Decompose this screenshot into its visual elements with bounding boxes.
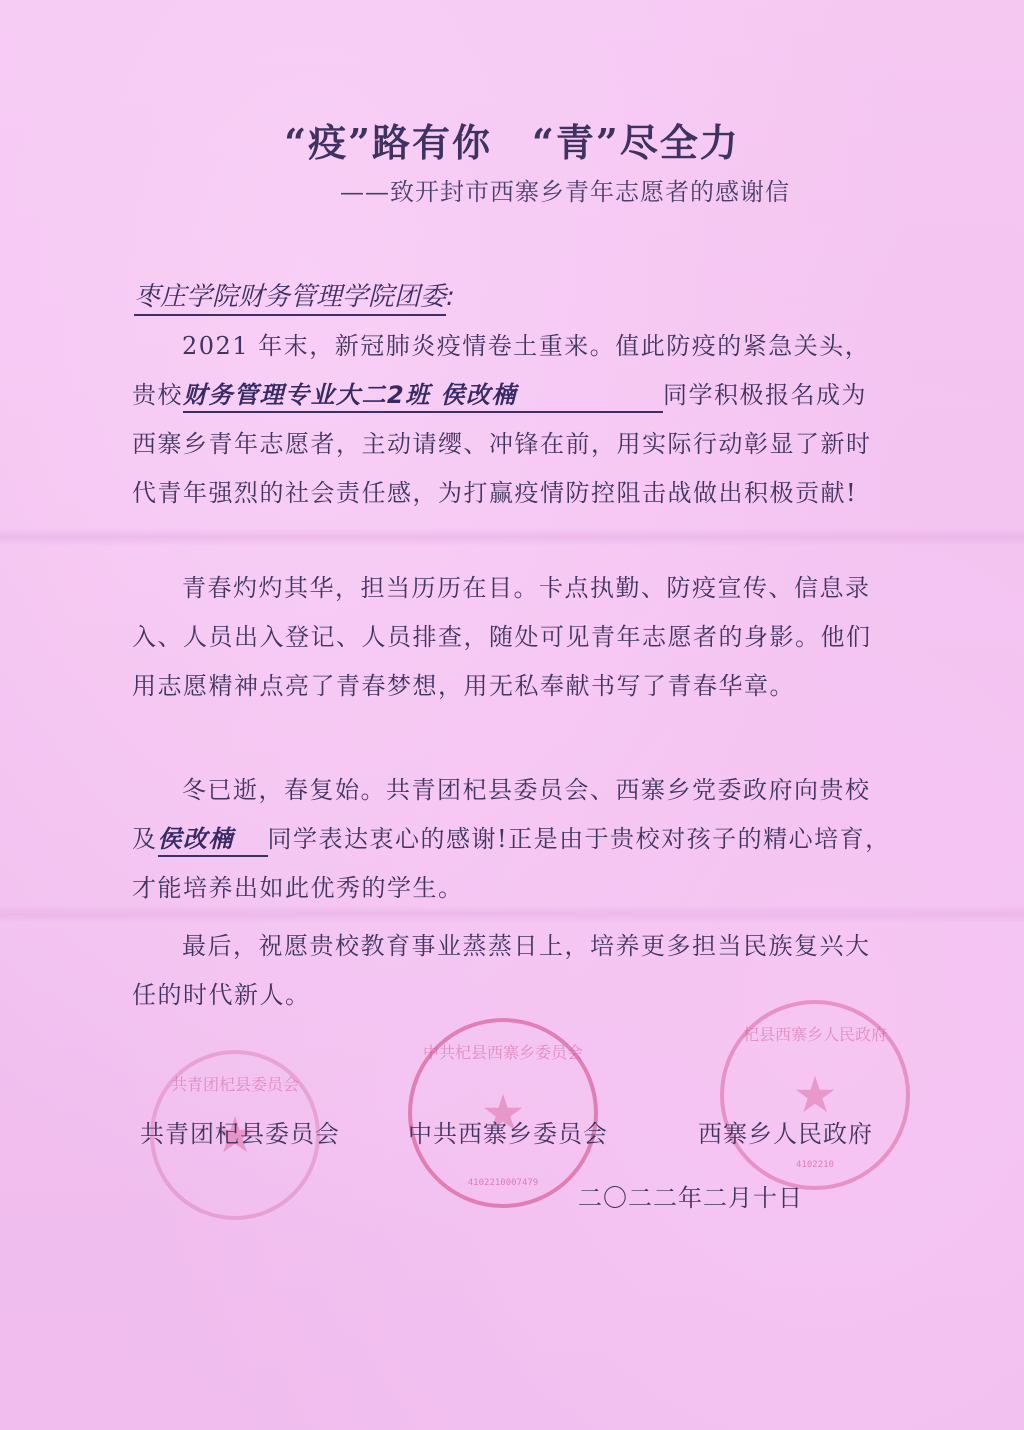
paragraph-4-text: 最后，祝愿贵校教育事业蒸蒸日上，培养更多担当民族复兴大任的时代新人。 bbox=[132, 932, 871, 1009]
salutation-colon: : bbox=[446, 282, 455, 312]
title-part-2: “青”尽全力 bbox=[532, 120, 740, 165]
salutation-handwritten: 枣庄学院财务管理学院团委 bbox=[134, 282, 446, 316]
signer-party-committee: 中共西寨乡委员会 bbox=[408, 1114, 608, 1149]
signer-youth-league: 共青团杞县委员会 bbox=[140, 1114, 340, 1149]
title-part-1: “疫”路有你 bbox=[284, 120, 492, 165]
salutation: 枣庄学院财务管理学院团委: bbox=[134, 276, 455, 313]
seal-stamp-party-committee: 中共杞县西寨乡委员会 ★ 4102210007479 bbox=[408, 1018, 598, 1208]
seal-stamp-township-government: 杞县西寨乡人民政府 ★ 4102210 bbox=[720, 1000, 910, 1190]
paragraph-3: 冬已逝，春复始。共青团杞县委员会、西寨乡党委政府向贵校及侯改楠同学表达衷心的感谢… bbox=[132, 766, 892, 913]
paragraph-2-text: 青春灼灼其华，担当历历在目。卡点执勤、防疫宣传、信息录入、人员出入登记、人员排查… bbox=[132, 574, 872, 700]
paragraph-2: 青春灼灼其华，担当历历在目。卡点执勤、防疫宣传、信息录入、人员出入登记、人员排查… bbox=[132, 564, 892, 711]
signer-township-government: 西寨乡人民政府 bbox=[698, 1114, 873, 1149]
paragraph-1: 2021 年末，新冠肺炎疫情卷土重来。值此防疫的紧急关头，贵校财务管理专业大二2… bbox=[132, 322, 892, 518]
letter-date: 二〇二二年二月十日 bbox=[578, 1178, 803, 1213]
letter-paper bbox=[0, 0, 1024, 1430]
handwritten-class-and-name: 财务管理专业大二2班 侯改楠 bbox=[183, 379, 663, 413]
letter-title: “疫”路有你“青”尽全力 bbox=[0, 112, 1024, 167]
handwritten-student-name: 侯改楠 bbox=[158, 823, 268, 857]
paper-fold-line bbox=[0, 528, 1024, 546]
letter-subtitle: ——致开封市西寨乡青年志愿者的感谢信 bbox=[340, 172, 790, 207]
